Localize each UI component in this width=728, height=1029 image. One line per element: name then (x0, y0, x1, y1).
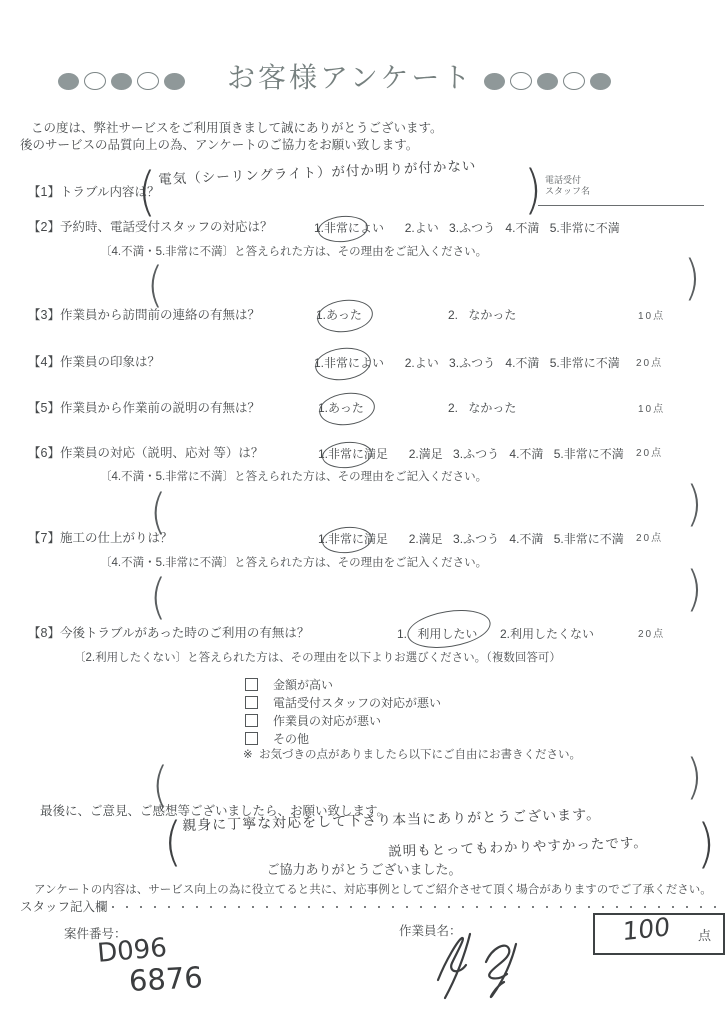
staff-entry-label: スタッフ記入欄 (20, 900, 108, 914)
q8-option1-prefix: 1. (397, 627, 407, 641)
q4-option1-suffix: よい (360, 356, 384, 370)
checkbox-label-worker-bad: 作業員の対応が悪い (273, 712, 381, 729)
circle-icon (590, 73, 611, 90)
staff-name-write-line (538, 205, 704, 206)
q4-number: 【4】 (28, 355, 60, 369)
q5-options: 1.あった (318, 401, 364, 416)
q5-points: 10点 (638, 404, 665, 417)
q4-text: 作業員の印象は？ (60, 355, 160, 369)
q1-number: 【1】 (28, 185, 60, 199)
q7-points: 20点 (636, 533, 663, 546)
q4-points: 20点 (636, 358, 663, 371)
q6-circled-answer: 非常に (328, 447, 364, 462)
page-title: お客様アンケート (227, 60, 473, 95)
q3-text: 作業員から訪問前の連絡の有無は？ (60, 308, 260, 322)
checkbox-phone-staff-bad (245, 696, 258, 709)
write-in-bracket-close: ) (686, 748, 702, 804)
q5-circled-answer: あった (328, 401, 364, 416)
q5-option1-prefix: 1. (318, 401, 328, 415)
worker-signature-scribble (428, 928, 543, 1006)
q8-free-note: ※ お気づきの点がありましたら以下にご自由にお書きください。 (243, 748, 581, 762)
circle-icon (563, 72, 585, 90)
q3-points: 10点 (638, 311, 665, 324)
q2-options-rest: 2.よい 3.ふつう 4.不満 5.非常に不満 (405, 221, 620, 235)
q4-circled-text: 非常に (324, 356, 360, 370)
q6-options-rest: 2.満足 3.ふつう 4.不満 5.非常に不満 (409, 447, 624, 461)
q3-options: 1.あった (316, 308, 362, 323)
circle-icon (84, 72, 106, 90)
q2-circled-text: 非常に (324, 221, 360, 235)
checkbox-price-high (245, 678, 258, 691)
q8-number: 【8】 (28, 626, 60, 640)
q6-label: 【6】作業員の対応（説明、応対 等）は？ (28, 446, 263, 462)
disclaimer-line: アンケートの内容は、サービス向上の為に役立てると共に、対応事例としてご紹介させて… (34, 883, 712, 897)
q7-option1-suffix: 満足 (364, 532, 388, 546)
handwritten-comment-line2: 説明もとってもわかりやすかったです。 (388, 835, 648, 861)
q4-options-rest: 2.よい 3.ふつう 4.不満 5.非常に不満 (405, 356, 620, 370)
circle-icon (484, 73, 505, 90)
q2-option1-prefix: 1. (314, 221, 324, 235)
write-in-bracket-open: ( (147, 256, 163, 312)
q7-text: 施工の仕上がりは？ (60, 531, 173, 545)
q8-points: 20点 (638, 629, 665, 642)
circle-icon (137, 72, 159, 90)
q4-label: 【4】作業員の印象は？ (28, 355, 160, 371)
circle-icon (537, 73, 558, 90)
q3-number: 【3】 (28, 308, 60, 322)
write-in-bracket-close: ) (686, 475, 702, 531)
q7-number: 【7】 (28, 531, 60, 545)
case-number-handwritten-2: 6876 (128, 959, 204, 999)
q8-circled-answer: 利用したい (417, 627, 477, 642)
q2-circled-answer: 非常に (324, 221, 360, 236)
q8-free-note-text: お気づきの点がありましたら以下にご自由にお書きください。 (259, 749, 581, 761)
q8-option2: 2.利用したくない (500, 627, 594, 642)
q7-options-rest: 2.満足 3.ふつう 4.不満 5.非常に不満 (409, 532, 624, 546)
q3-option2: 2. なかった (448, 308, 516, 323)
score-unit-label: 点 (698, 925, 711, 944)
q6-circled-text: 非常に (328, 447, 364, 461)
q6-text: 作業員の対応（説明、応対 等）は？ (60, 446, 263, 460)
circle-icon (58, 73, 79, 90)
reference-mark: ※ (243, 749, 253, 761)
q7-options: 1.非常に満足 2.満足 3.ふつう 4.不満 5.非常に不満 (318, 532, 624, 547)
decorative-circles-left (58, 72, 190, 90)
decorative-circles-right (484, 72, 616, 90)
q6-number: 【6】 (28, 446, 60, 460)
score-box: 100 点 (593, 913, 725, 955)
q3-option1-prefix: 1. (316, 308, 326, 322)
q3-label: 【3】作業員から訪問前の連絡の有無は？ (28, 308, 260, 324)
intro-line-2: 後のサービスの品質向上の為、アンケートのご協力をお願い致します。 (20, 138, 418, 154)
checkbox-label-price-high: 金額が高い (273, 676, 333, 693)
circle-icon (164, 73, 185, 90)
q8-text: 今後トラブルがあった時のご利用の有無は？ (60, 626, 309, 640)
checkbox-label-other: その他 (273, 730, 309, 747)
q5-circled-text: あった (328, 401, 364, 415)
circle-icon (111, 73, 132, 90)
q3-circled-answer: あった (326, 308, 362, 323)
q2-number: 【2】 (28, 220, 60, 234)
survey-form-scan: お客様アンケート この度は、弊社サービスをご利用頂きまして誠にありがとうございま… (0, 0, 728, 1029)
q7-circled-text: 非常に (328, 532, 364, 546)
score-handwritten: 100 (622, 912, 670, 946)
q4-options: 1.非常によい 2.よい 3.ふつう 4.不満 5.非常に不満 (314, 356, 620, 371)
q6-option1-prefix: 1. (318, 447, 328, 461)
q2-text: 予約時、電話受付スタッフの対応は？ (60, 220, 273, 234)
checkbox-worker-bad (245, 714, 258, 727)
q6-points: 20点 (636, 448, 663, 461)
q2-label: 【2】予約時、電話受付スタッフの対応は？ (28, 220, 272, 236)
checkbox-label-phone-staff-bad: 電話受付スタッフの対応が悪い (273, 694, 441, 711)
q8-options: 1. 利用したい (397, 627, 477, 642)
q5-number: 【5】 (28, 401, 60, 415)
phone-staff-name-label: 電話受付 スタッフ名 (545, 175, 590, 197)
intro-line-1: この度は、弊社サービスをご利用頂きまして誠にありがとうございます。 (31, 121, 443, 137)
q7-option1-prefix: 1. (318, 532, 328, 546)
phone-staff-label-line1: 電話受付 (545, 175, 581, 185)
handwritten-bracket-close: ) (524, 158, 542, 220)
q4-circled-answer: 非常に (324, 356, 360, 371)
q5-option2: 2. なかった (448, 401, 516, 416)
write-in-bracket-close: ) (686, 560, 702, 616)
q8-circled-text: 利用したい (417, 627, 477, 641)
handwritten-bracket-open: ( (138, 160, 156, 222)
q6-options: 1.非常に満足 2.満足 3.ふつう 4.不満 5.非常に不満 (318, 447, 624, 462)
thanks-line: ご協力ありがとうございました。 (0, 862, 728, 878)
checkbox-other (245, 732, 258, 745)
write-in-bracket-open: ( (150, 568, 166, 624)
q5-label: 【5】作業員から作業前の説明の有無は？ (28, 401, 260, 417)
q8-reason-note: 〔2.利用したくない〕と答えられた方は、その理由を以下よりお選びください。（複数… (74, 651, 561, 665)
phone-staff-label-line2: スタッフ名 (545, 186, 590, 196)
q2-options: 1.非常によい 2.よい 3.ふつう 4.不満 5.非常に不満 (314, 221, 620, 236)
q3-circled-text: あった (326, 308, 362, 322)
q7-label: 【7】施工の仕上がりは？ (28, 531, 172, 547)
q4-option1-prefix: 1. (314, 356, 324, 370)
q8-label: 【8】今後トラブルがあった時のご利用の有無は？ (28, 626, 309, 642)
q6-option1-suffix: 満足 (364, 447, 388, 461)
q7-circled-answer: 非常に (328, 532, 364, 547)
q5-text: 作業員から作業前の説明の有無は？ (60, 401, 260, 415)
q1-handwritten-answer: 電気（シーリングライト）が付か明りが付かない (158, 158, 477, 189)
circle-icon (510, 72, 532, 90)
q2-option1-suffix: よい (360, 221, 384, 235)
write-in-bracket-close: ) (684, 249, 700, 305)
